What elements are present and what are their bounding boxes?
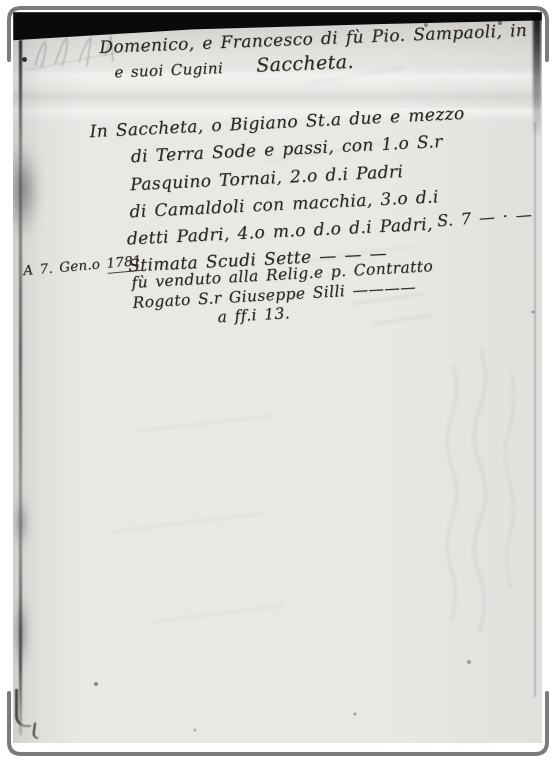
manuscript-viewer: Domenico, e Francesco di fù Pio. Sampaol… [0, 0, 555, 760]
margin-date-year: 1781 [106, 253, 143, 274]
heading-cousins-prefix: e suoi Cugini [114, 59, 223, 81]
manuscript-scan: Domenico, e Francesco di fù Pio. Sampaol… [13, 12, 542, 743]
heading-place-name: Saccheta. [256, 51, 355, 77]
